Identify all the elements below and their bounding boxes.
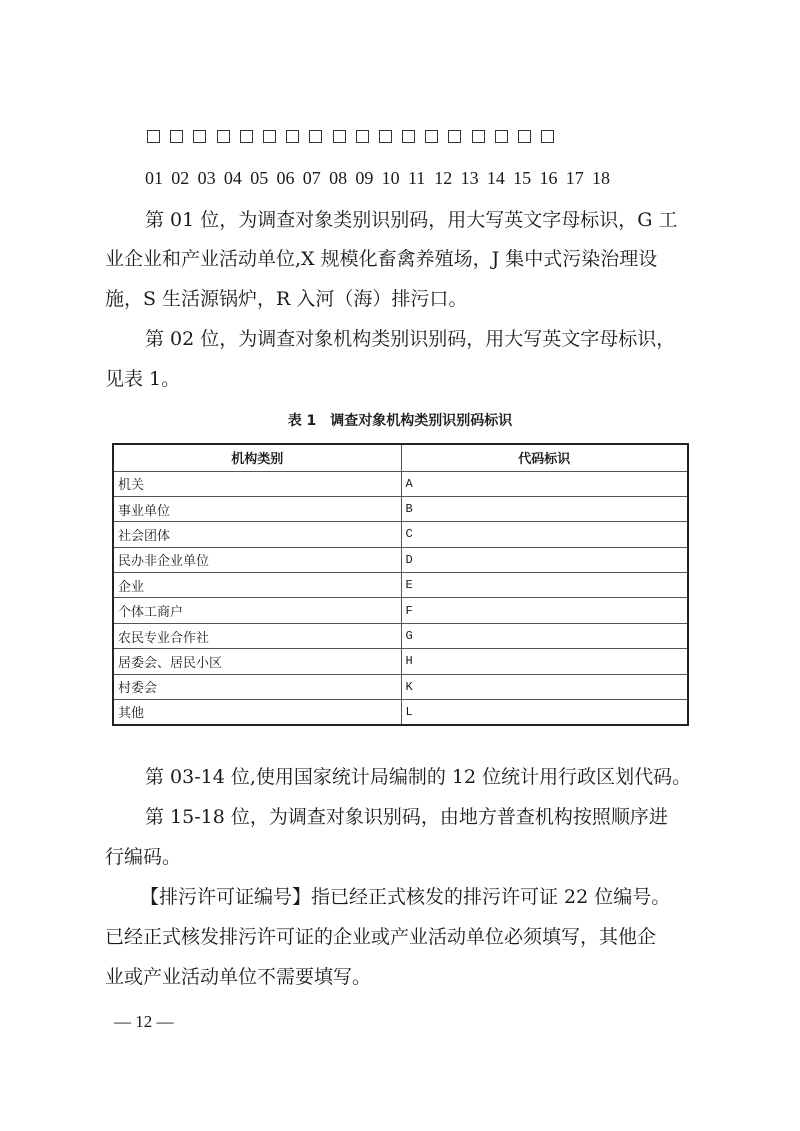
position-label: 07 [303, 168, 329, 189]
digit-box [309, 130, 322, 143]
position-label: 03 [198, 168, 224, 189]
paragraph-line: 第 03-14 位,使用国家统计局编制的 12 位统计用行政区划代码。 [145, 765, 691, 789]
digit-box [356, 130, 369, 143]
category-cell: 民办非企业单位 [113, 547, 401, 572]
paragraph-line: 业或产业活动单位不需要填写。 [105, 965, 371, 989]
position-label: 16 [539, 168, 565, 189]
category-cell: 农民专业合作社 [113, 623, 401, 648]
position-label: 02 [171, 168, 197, 189]
table-row: 其他L [113, 700, 688, 725]
code-digit-boxes [147, 130, 554, 143]
position-label: 01 [145, 168, 171, 189]
digit-box [425, 130, 438, 143]
code-cell: G [401, 623, 688, 648]
position-label: 14 [487, 168, 513, 189]
digit-box [286, 130, 299, 143]
digit-box [217, 130, 230, 143]
digit-box [379, 130, 392, 143]
paragraph-line: 第 15-18 位，为调查对象识别码，由地方普查机构按照顺序进 [145, 805, 668, 829]
digit-position-labels: 01 02 03 04 05 06 07 08 09 10 11 12 13 1… [145, 168, 618, 189]
category-cell: 企业 [113, 573, 401, 598]
category-cell: 机关 [113, 471, 401, 496]
code-cell: A [401, 471, 688, 496]
code-cell: D [401, 547, 688, 572]
table-row: 村委会K [113, 674, 688, 699]
digit-box [263, 130, 276, 143]
paragraph-line: 施，S 生活源锅炉，R 入河（海）排污口。 [105, 287, 467, 311]
paragraph-line: 行编码。 [105, 845, 181, 869]
code-cell: L [401, 700, 688, 725]
digit-box [541, 130, 554, 143]
code-cell: F [401, 598, 688, 623]
paragraph-line: 见表 1。 [105, 367, 180, 391]
digit-box [495, 130, 508, 143]
paragraph-line: 第 02 位，为调查对象机构类别识别码，用大写英文字母标识， [145, 327, 675, 351]
position-label: 06 [276, 168, 302, 189]
paragraph-line: 业企业和产业活动单位,X 规模化畜禽养殖场，J 集中式污染治理设 [105, 247, 657, 271]
position-label: 18 [592, 168, 618, 189]
position-label: 04 [224, 168, 250, 189]
position-label: 13 [461, 168, 487, 189]
position-label: 15 [513, 168, 539, 189]
table-row: 社会团体C [113, 522, 688, 547]
position-label: 10 [382, 168, 408, 189]
position-label: 11 [408, 168, 434, 189]
code-cell: H [401, 649, 688, 674]
table-row: 机关A [113, 471, 688, 496]
category-cell: 事业单位 [113, 496, 401, 521]
digit-box [518, 130, 531, 143]
table-row: 个体工商户F [113, 598, 688, 623]
position-label: 17 [566, 168, 592, 189]
digit-box [472, 130, 485, 143]
code-cell: B [401, 496, 688, 521]
table-header-row: 机构类别 代码标识 [113, 444, 688, 471]
position-label: 08 [329, 168, 355, 189]
table-row: 农民专业合作社G [113, 623, 688, 648]
organization-type-code-table: 机构类别 代码标识 机关A 事业单位B 社会团体C 民办非企业单位D 企业E 个… [112, 443, 689, 726]
category-cell: 个体工商户 [113, 598, 401, 623]
position-label: 05 [250, 168, 276, 189]
page-number: — 12 — [114, 1012, 174, 1032]
category-cell: 居委会、居民小区 [113, 649, 401, 674]
category-cell: 其他 [113, 700, 401, 725]
position-label: 12 [434, 168, 460, 189]
position-label: 09 [355, 168, 381, 189]
table-row: 企业E [113, 573, 688, 598]
digit-box [333, 130, 346, 143]
code-cell: C [401, 522, 688, 547]
digit-box [448, 130, 461, 143]
digit-box [402, 130, 415, 143]
code-cell: E [401, 573, 688, 598]
paragraph-line: 已经正式核发排污许可证的企业或产业活动单位必须填写，其他企 [105, 925, 656, 949]
category-cell: 社会团体 [113, 522, 401, 547]
column-header-category: 机构类别 [113, 444, 401, 471]
digit-box [193, 130, 206, 143]
table-caption: 表 1 调查对象机构类别识别码标识 [0, 410, 800, 430]
paragraph-line: 【排污许可证编号】指已经正式核发的排污许可证 22 位编号。 [140, 885, 670, 909]
category-cell: 村委会 [113, 674, 401, 699]
table-row: 民办非企业单位D [113, 547, 688, 572]
column-header-code: 代码标识 [401, 444, 688, 471]
digit-box [170, 130, 183, 143]
table-row: 事业单位B [113, 496, 688, 521]
digit-box [147, 130, 160, 143]
digit-box [240, 130, 253, 143]
table-row: 居委会、居民小区H [113, 649, 688, 674]
code-cell: K [401, 674, 688, 699]
paragraph-line: 第 01 位，为调查对象类别识别码，用大写英文字母标识，G 工 [145, 208, 677, 232]
